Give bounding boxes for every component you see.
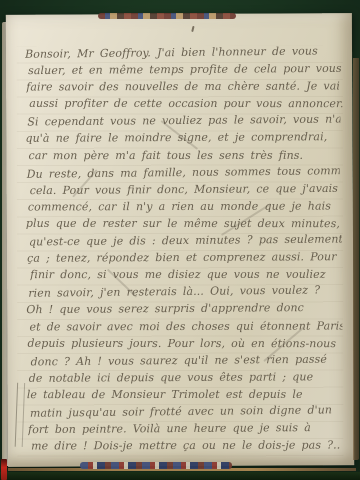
bottom-shadow — [0, 472, 360, 480]
marbled-edge-bottom — [80, 462, 232, 469]
fore-edge-right — [353, 58, 359, 460]
handwritten-line: plus que de rester sur le même sujet deu… — [26, 215, 339, 232]
marbled-edge-top — [98, 13, 236, 19]
handwritten-line: commencé, car il n'y a rien au monde que… — [28, 197, 341, 215]
handwritten-line: fort bon peintre. Voilà une heure que je… — [28, 419, 341, 438]
red-bookmark-edge — [1, 459, 7, 480]
handwritten-line: ça ; tenez, répondez bien et comprenez a… — [27, 248, 340, 267]
handwritten-line: faire savoir des nouvelles de ma chère s… — [26, 78, 339, 96]
handwritten-line: cela. Pour vous finir donc, Monsieur, ce… — [30, 180, 343, 199]
stray-ink-mark — [191, 26, 194, 32]
handwritten-text: Bonsoir, Mr Geoffroy. J'ai bien l'honneu… — [27, 43, 342, 455]
manuscript-page: Bonsoir, Mr Geoffroy. J'ai bien l'honneu… — [6, 13, 354, 467]
handwritten-line: car mon père m'a fait tous les sens très… — [29, 146, 342, 163]
manuscript-photo: Bonsoir, Mr Geoffroy. J'ai bien l'honneu… — [0, 0, 360, 480]
handwritten-line: Oh ! que vous serez surpris d'apprendre … — [26, 299, 339, 318]
handwritten-line: aussi profiter de cette occasion pour vo… — [29, 95, 342, 112]
handwritten-line: me dire ! Dois-je mettre ça ou ne le doi… — [31, 437, 344, 455]
handwritten-line: le tableau de Monsieur Trimolet est depu… — [27, 386, 340, 403]
handwritten-line: depuis plusieurs jours. Pour lors, où en… — [28, 334, 341, 351]
handwritten-line: saluer, et en même temps profite de cela… — [28, 60, 341, 79]
handwritten-line: de notable ici depuis que vous êtes part… — [29, 368, 342, 387]
handwritten-line: qu'à ne faire le moindre signe, et je co… — [25, 129, 338, 148]
margin-pencil-mark — [15, 383, 25, 447]
handwritten-line: et de savoir avec moi des choses qui éto… — [29, 317, 342, 335]
